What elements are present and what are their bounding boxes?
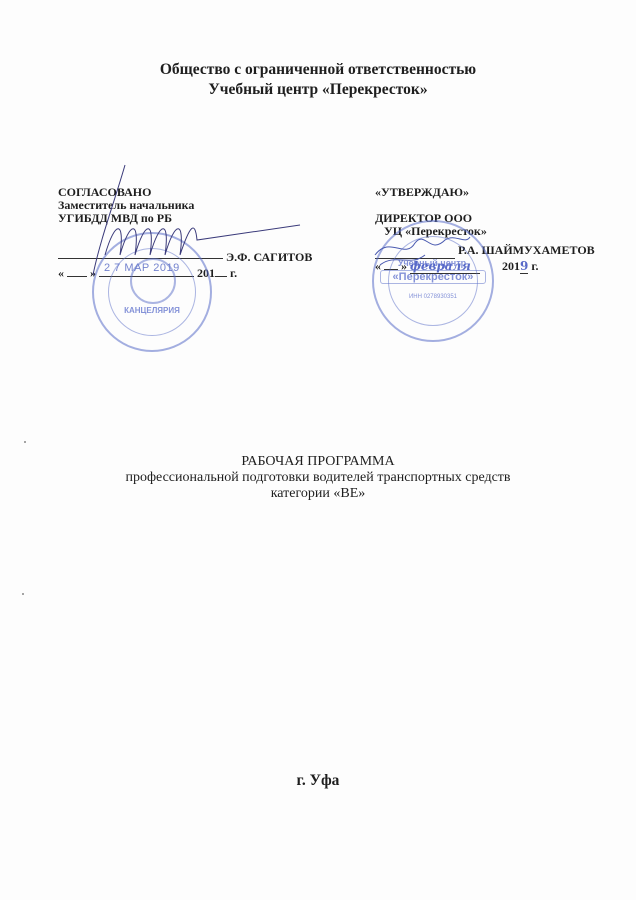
date-open-quote: « [58, 266, 64, 280]
organization-name: Учебный центр «Перекресток» [0, 80, 636, 100]
title-program: РАБОЧАЯ ПРОГРАММА [0, 454, 636, 470]
organization-header: Общество с ограниченной ответственностью… [0, 60, 636, 100]
seal-center-text: КАНЦЕЛЯРИЯ [114, 306, 190, 315]
title-category: категории «ВЕ» [0, 486, 636, 502]
scan-speck [22, 593, 24, 595]
date-suffix: г. [531, 259, 538, 273]
document-title: РАБОЧАЯ ПРОГРАММА профессиональной подго… [0, 454, 636, 502]
seal-inn: ИНН 0278930351 [396, 294, 470, 300]
city-footer: г. Уфа [0, 772, 636, 790]
signature-right [370, 225, 480, 275]
signature-left [75, 160, 305, 280]
organization-type: Общество с ограниченной ответственностью [0, 60, 636, 80]
date-year-handwritten: 9 [520, 260, 528, 274]
scan-speck [24, 441, 26, 443]
approved-heading: «УТВЕРЖДАЮ» [375, 186, 487, 199]
title-description: профессиональной подготовки водителей тр… [0, 470, 636, 486]
date-year: 201 [502, 259, 520, 273]
